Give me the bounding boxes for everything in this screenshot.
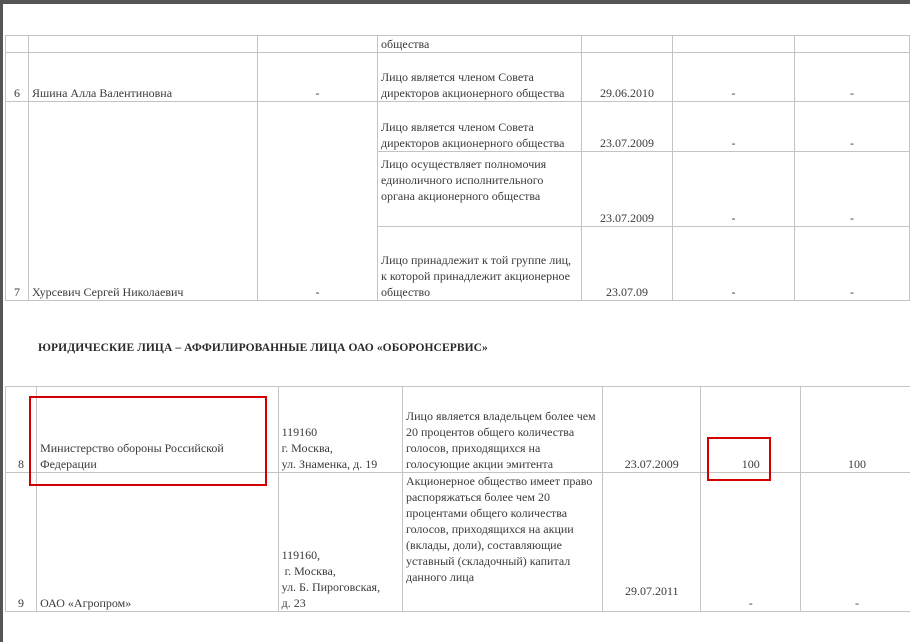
share-votes: - (795, 53, 910, 102)
address-line: 119160, (282, 547, 399, 563)
affiliation-basis: общества (378, 36, 582, 53)
row-number: 8 (6, 387, 37, 473)
affiliation-basis: Лицо является членом Совета директоров а… (378, 102, 582, 152)
row-number (6, 36, 29, 53)
entity-address: 119160, г. Москва, ул. Б. Пироговская, д… (278, 473, 402, 612)
affiliation-date (582, 36, 673, 53)
entity-name: Министерство обороны Российской Федераци… (37, 387, 279, 473)
row-number: 7 (6, 102, 29, 301)
address-line: 119160 (282, 424, 399, 440)
share-capital: - (673, 227, 795, 301)
entity-address: - (258, 102, 378, 301)
affiliation-date: 29.07.2011 (603, 473, 701, 612)
entity-address: 119160 г. Москва, ул. Знаменка, д. 19 (278, 387, 402, 473)
share-votes: - (795, 227, 910, 301)
entity-name: Яшина Алла Валентиновна (29, 53, 258, 102)
entity-address (258, 36, 378, 53)
affiliation-basis: Акционерное общество имеет право распоря… (402, 473, 602, 612)
table-row: 8 Министерство обороны Российской Федера… (6, 387, 910, 473)
entity-name: ОАО «Агропром» (37, 473, 279, 612)
share-capital: - (701, 473, 801, 612)
affiliation-date: 29.06.2010 (582, 53, 673, 102)
share-capital: - (673, 102, 795, 152)
share-capital: - (673, 152, 795, 227)
row-number: 9 (6, 473, 37, 612)
affiliation-date: 23.07.2009 (603, 387, 701, 473)
entity-address: - (258, 53, 378, 102)
affiliation-basis: Лицо является членом Совета директоров а… (378, 53, 582, 102)
window-top-border (0, 0, 910, 4)
window-left-border (0, 0, 3, 642)
legal-entities-table: 8 Министерство обороны Российской Федера… (5, 386, 910, 612)
address-line: ул. Знаменка, д. 19 (282, 456, 399, 472)
table-row: 9 ОАО «Агропром» 119160, г. Москва, ул. … (6, 473, 910, 612)
share-capital: 100 (701, 387, 801, 473)
entity-name (29, 36, 258, 53)
share-votes (795, 36, 910, 53)
entity-name: Хурсевич Сергей Николаевич (29, 102, 258, 301)
table-row: 6 Яшина Алла Валентиновна - Лицо являетс… (6, 53, 910, 102)
share-votes: - (795, 102, 910, 152)
share-votes: 100 (800, 387, 910, 473)
address-line: г. Москва, (282, 440, 399, 456)
affiliation-date: 23.07.2009 (582, 102, 673, 152)
affiliation-date: 23.07.09 (582, 227, 673, 301)
table-row: 7 Хурсевич Сергей Николаевич - Лицо явля… (6, 102, 910, 152)
affiliation-date: 23.07.2009 (582, 152, 673, 227)
affiliation-basis: Лицо является владельцем более чем 20 пр… (402, 387, 602, 473)
row-number: 6 (6, 53, 29, 102)
section-heading: ЮРИДИЧЕСКИЕ ЛИЦА – АФФИЛИРОВАННЫЕ ЛИЦА О… (38, 342, 488, 354)
individuals-table: общества 6 Яшина Алла Валентиновна - Лиц… (5, 35, 910, 301)
address-line: г. Москва, (282, 563, 399, 579)
share-capital (673, 36, 795, 53)
table-row: общества (6, 36, 910, 53)
share-votes: - (800, 473, 910, 612)
address-line: д. 23 (282, 595, 399, 611)
affiliation-basis: Лицо осуществляет полномочия единоличног… (378, 152, 582, 227)
affiliation-basis: Лицо принадлежит к той группе лиц, к кот… (378, 227, 582, 301)
address-line: ул. Б. Пироговская, (282, 579, 399, 595)
share-capital: - (673, 53, 795, 102)
share-votes: - (795, 152, 910, 227)
